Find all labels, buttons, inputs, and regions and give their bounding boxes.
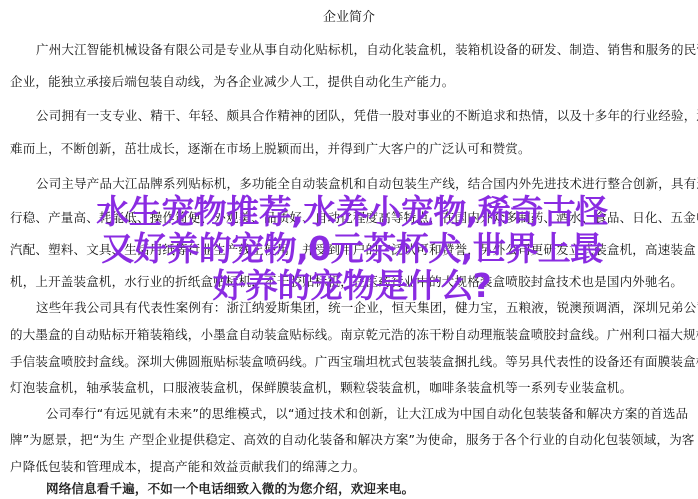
overlay-line: 好养的宠物是什么? — [6, 267, 698, 304]
text-line: 难而上，不断创新，茁壮成长，逐渐在市场上脱颖而出，并得到广大客户的广泛认可和赞赏… — [10, 141, 531, 157]
text-line: 企业，能独立承接后端包装自动线，为各企业减少人工，提供自动化生产能力。 — [10, 74, 455, 90]
text-line: 的大墨盒的自动贴标开箱装箱线，小墨盒自动装盒贴标线。南京乾元浩的冻干粉自动理瓶装… — [10, 327, 698, 343]
text-line: 手信装盒喷胶封盒线。深圳大佛圆瓶贴标装盒喷码线。广西宝瑞坦枕式包装装盒捆扎线。等… — [10, 354, 698, 370]
text-line: 广州大江智能机械设备有限公司是专业从事自动化贴标机，自动化装盒机，装箱机设备的研… — [10, 42, 698, 58]
text-line: 户降低包装和管理成本，提高产能和效益贡献我们的绵薄之力。 — [10, 459, 366, 475]
closing-line: 网络信息看千遍，不如一个电话细致入微的为您介绍，欢迎来电。 — [10, 481, 414, 497]
text-line: 公司主导产品大江品牌系列贴标机，多功能全自动装盒机和自动包装生产线，结合国内外先… — [10, 176, 698, 192]
text-line: 公司拥有一支专业、精干、年轻、颇具合作精神的团队，凭借一股对事业的不断追求和热情… — [10, 108, 698, 124]
overlay-line: 水生宠物推荐,水养小宠物,稀奇古怪 — [6, 193, 698, 230]
overlay-line: 又好养的宠物,0元茶杯犬,世界上最 — [6, 230, 698, 267]
headline-overlay: 水生宠物推荐,水养小宠物,稀奇古怪 又好养的宠物,0元茶杯犬,世界上最 好养的宠… — [6, 193, 698, 304]
text-line: 灯泡装盒机，轴承装盒机，口服液装盒机，保鲜膜装盒机，颗粒袋装盒机，咖啡条装盒机等… — [10, 380, 632, 396]
text-line: 牌”为愿景，把“为生 产型企业提供稳定、高效的自动化装备和解决方案”为使命，服务… — [10, 432, 695, 448]
text-line: 公司奉行“有远见就有未来”的思维模式，以“通过技术和创新，让大江成为中国自动化包… — [10, 406, 688, 422]
page-title: 企业简介 — [0, 6, 698, 25]
